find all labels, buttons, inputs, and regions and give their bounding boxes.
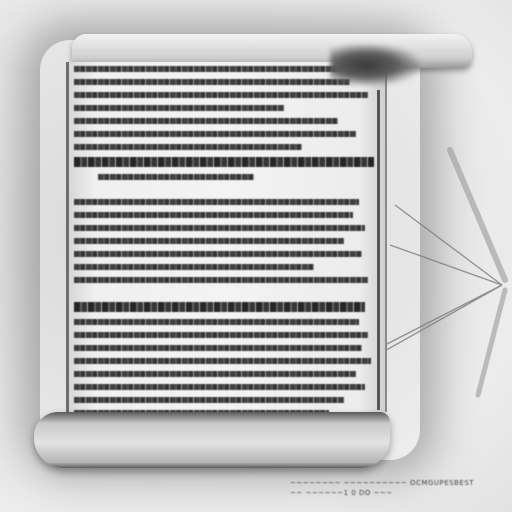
scroll-bottom-roll <box>34 412 390 468</box>
caption-line-1: ~~~~~~~~ ~~~~~~~~~~ OCMGUPESBEST <box>290 478 500 488</box>
caption-line-2: ~~ ~~~~~~1 0 DO ~~~ <box>290 488 500 498</box>
caption: ~~~~~~~~ ~~~~~~~~~~ OCMGUPESBEST ~~ ~~~~… <box>290 478 500 498</box>
scroll-rod <box>377 90 380 410</box>
ink-smudge <box>330 44 420 86</box>
scroll-text <box>74 66 374 436</box>
